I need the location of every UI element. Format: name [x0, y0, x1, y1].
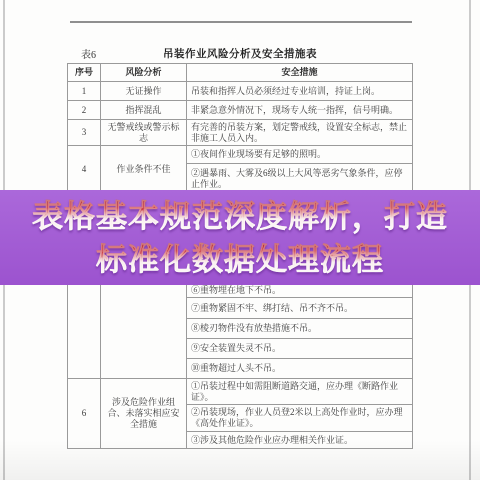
measure-cell: ①吊装过程中如需阻断道路交通，应办理《断路作业证》。	[187, 379, 413, 405]
measure-cell: ⑧棱刃物件没有放垫措施不吊。	[187, 319, 413, 339]
row-number-cell: 2	[68, 101, 101, 120]
banner-title-line-2: 标准化数据处理流程	[96, 238, 384, 281]
column-header-risk: 风险分析	[101, 64, 187, 82]
column-header-no: 序号	[68, 64, 101, 82]
table-row: 3 无警戒线或警示标志 有完善的吊装方案，划定警戒线，设置安全标志，禁止非施工人…	[68, 120, 413, 146]
risk-cell: 指挥混乱	[101, 101, 187, 120]
table-header-row: 序号 风险分析 安全措施	[68, 64, 413, 82]
risk-cell: 无警戒线或警示标志	[101, 120, 187, 146]
row-number-cell: 4	[68, 146, 101, 194]
measure-cell: 非紧急意外情况下，现场专人统一指挥，信号明确。	[187, 101, 413, 120]
measure-cell: ①夜间作业现场要有足够的照明。	[187, 146, 413, 164]
table-row: 2 指挥混乱 非紧急意外情况下，现场专人统一指挥，信号明确。	[68, 101, 413, 120]
measure-cell: ⑦重物紧固不牢、绑打结、吊不齐不吊。	[187, 298, 413, 319]
risk-cell: 无证操作	[101, 82, 187, 101]
measure-cell: ②吊装现场，作业人员登2米以上高处作业时，应办理《高处作业证》。	[187, 405, 413, 432]
measure-cell: ③涉及其他危险作业应办理相关作业证。	[187, 432, 413, 449]
row-number-cell: 6	[68, 379, 101, 449]
row-number-cell: 1	[68, 82, 101, 101]
measure-cell: ②遇暴雨、大雾及6级以上大风等恶劣气象条件，应停止作业。	[187, 164, 413, 194]
risk-cell: 作业条件不佳	[101, 146, 187, 194]
promo-banner: 表格基本规范深度解析，打造 标准化数据处理流程	[0, 190, 480, 285]
previous-table-bottom-rule	[70, 21, 412, 23]
measure-cell: ⑥重物埋在地下不吊。	[187, 284, 413, 298]
table-row: 1 无证操作 吊装和指挥人员必须经过专业培训，持证上岗。	[68, 82, 413, 101]
banner-title-line-1: 表格基本规范深度解析，打造	[32, 195, 448, 238]
risk-cell: 涉及危险作业组合、未落实相应安全措施	[101, 379, 187, 449]
table-title: 吊装作业风险分析及安全措施表	[67, 46, 413, 61]
column-header-measures: 安全措施	[187, 64, 413, 82]
measure-cell: 有完善的吊装方案，划定警戒线，设置安全标志，禁止非施工人员入内。	[187, 120, 413, 146]
table-row: 4 作业条件不佳 ①夜间作业现场要有足够的照明。	[68, 146, 413, 164]
measure-cell: 吊装和指挥人员必须经过专业培训，持证上岗。	[187, 82, 413, 101]
table-row: 6 涉及危险作业组合、未落实相应安全措施 ①吊装过程中如需阻断道路交通，应办理《…	[68, 379, 413, 405]
table-caption: 表6 吊装作业风险分析及安全措施表	[67, 46, 413, 61]
row-number-cell: 3	[68, 120, 101, 146]
measure-cell: ⑨安全装置失灵不吊。	[187, 339, 413, 359]
measure-cell: ⑩重物超过人头不吊。	[187, 359, 413, 379]
